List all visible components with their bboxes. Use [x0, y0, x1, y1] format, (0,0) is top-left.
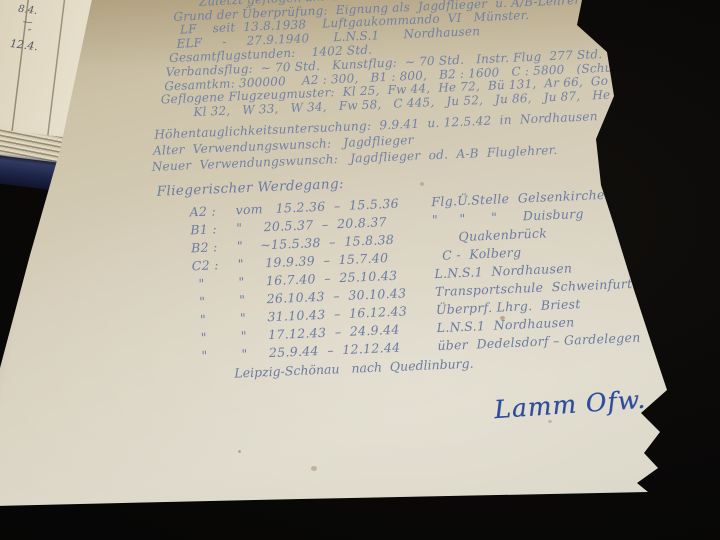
logbook-entries: 4. ″ 8.4. — ″ 12.4.	[9, 0, 77, 56]
career-label: B2 :	[191, 238, 238, 258]
career-label: "	[199, 292, 240, 312]
handwritten-text-block: …prüfungen 15.2.45 … Zuletzt geflogen am…	[146, 0, 702, 383]
career-rows: A2 :vom 15.2.36 – 15.5.36Flg.Ü.Stelle Ge…	[189, 183, 701, 366]
paper-stain	[311, 466, 317, 471]
record-lines: …prüfungen 15.2.45 … Zuletzt geflogen am…	[146, 0, 691, 122]
signature: Lamm Ofw.	[493, 385, 647, 425]
photo-background: 4. ″ 8.4. — ″ 12.4. …prüfungen 15.2.45 ……	[0, 0, 720, 540]
career-label: A2 :	[189, 202, 236, 222]
service-record-sheet: …prüfungen 15.2.45 … Zuletzt geflogen am…	[0, 0, 720, 540]
career-section: Fliegerischer Werdegang: A2 :vom 15.2.36…	[154, 161, 702, 383]
career-label: "	[201, 328, 242, 348]
career-label: "	[201, 346, 242, 366]
career-label: "	[198, 274, 239, 294]
career-label: B1 :	[190, 220, 237, 240]
career-label: "	[200, 310, 241, 330]
paper-stain	[238, 450, 241, 453]
career-label: C2 :	[192, 256, 239, 276]
